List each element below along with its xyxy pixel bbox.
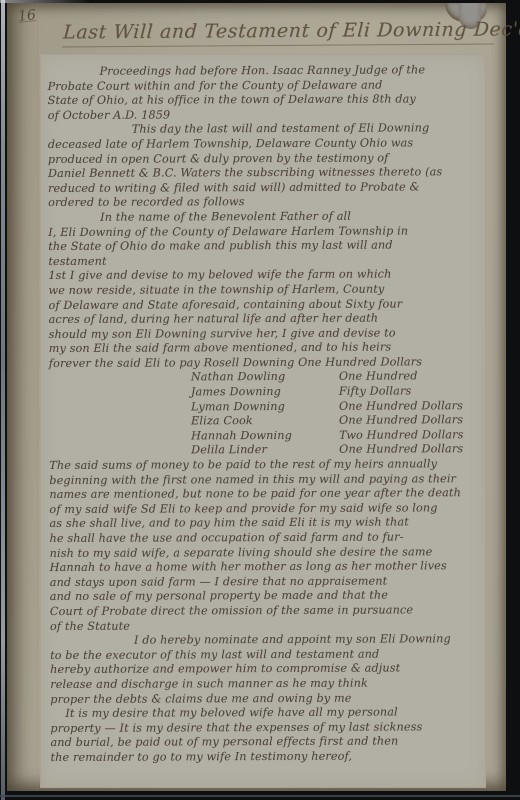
bequest-payee: Nathan Dowling [191,370,339,385]
bequest-payee: Lyman Downing [191,399,339,414]
bequest-amount: Fifty Dollars [339,384,412,399]
text-line-payment-terms: of my said wife Sd Eli to keep and provi… [49,501,501,518]
scan-edge-bottom-line [0,795,520,797]
bequest-amount: One Hundred Dollars [339,399,463,414]
document-body: Proceedings had before Hon. Isaac Ranney… [47,63,502,765]
text-line-probate-order: Daniel Bennett & B.C. Waters the subscri… [48,165,500,182]
text-line-executor-appointment: I do hereby nominate and appoint my son … [50,632,502,649]
ledger-page: 16 Last Will and Testament of Eli Downin… [7,3,506,791]
text-line-residue: the remainder to go to my wife In testim… [50,749,502,766]
bequest-payee: James Downing [191,385,339,400]
margin-rule-line [37,3,38,791]
text-line-payment-terms: Hannah to have a home with her mother as… [50,559,502,576]
page-number: 16 [17,7,36,25]
bequest-payee: Eliza Cook [191,414,339,429]
bequest-payee: Hannah Downing [191,429,339,444]
text-line-payment-terms: The said sums of money to be paid to the… [49,457,501,474]
scan-edge-highlight [1,0,5,800]
bequest-amount: One Hundred [339,370,418,385]
bequest-payee: Delila Linder [191,443,339,458]
bequest-amount: Two Hundred Dollars [339,428,463,443]
page-title: Last Will and Testament of Eli Downing D… [62,18,496,47]
bequest-amount: One Hundred Dollars [339,443,463,458]
bequest-amount: One Hundred Dollars [339,413,463,428]
